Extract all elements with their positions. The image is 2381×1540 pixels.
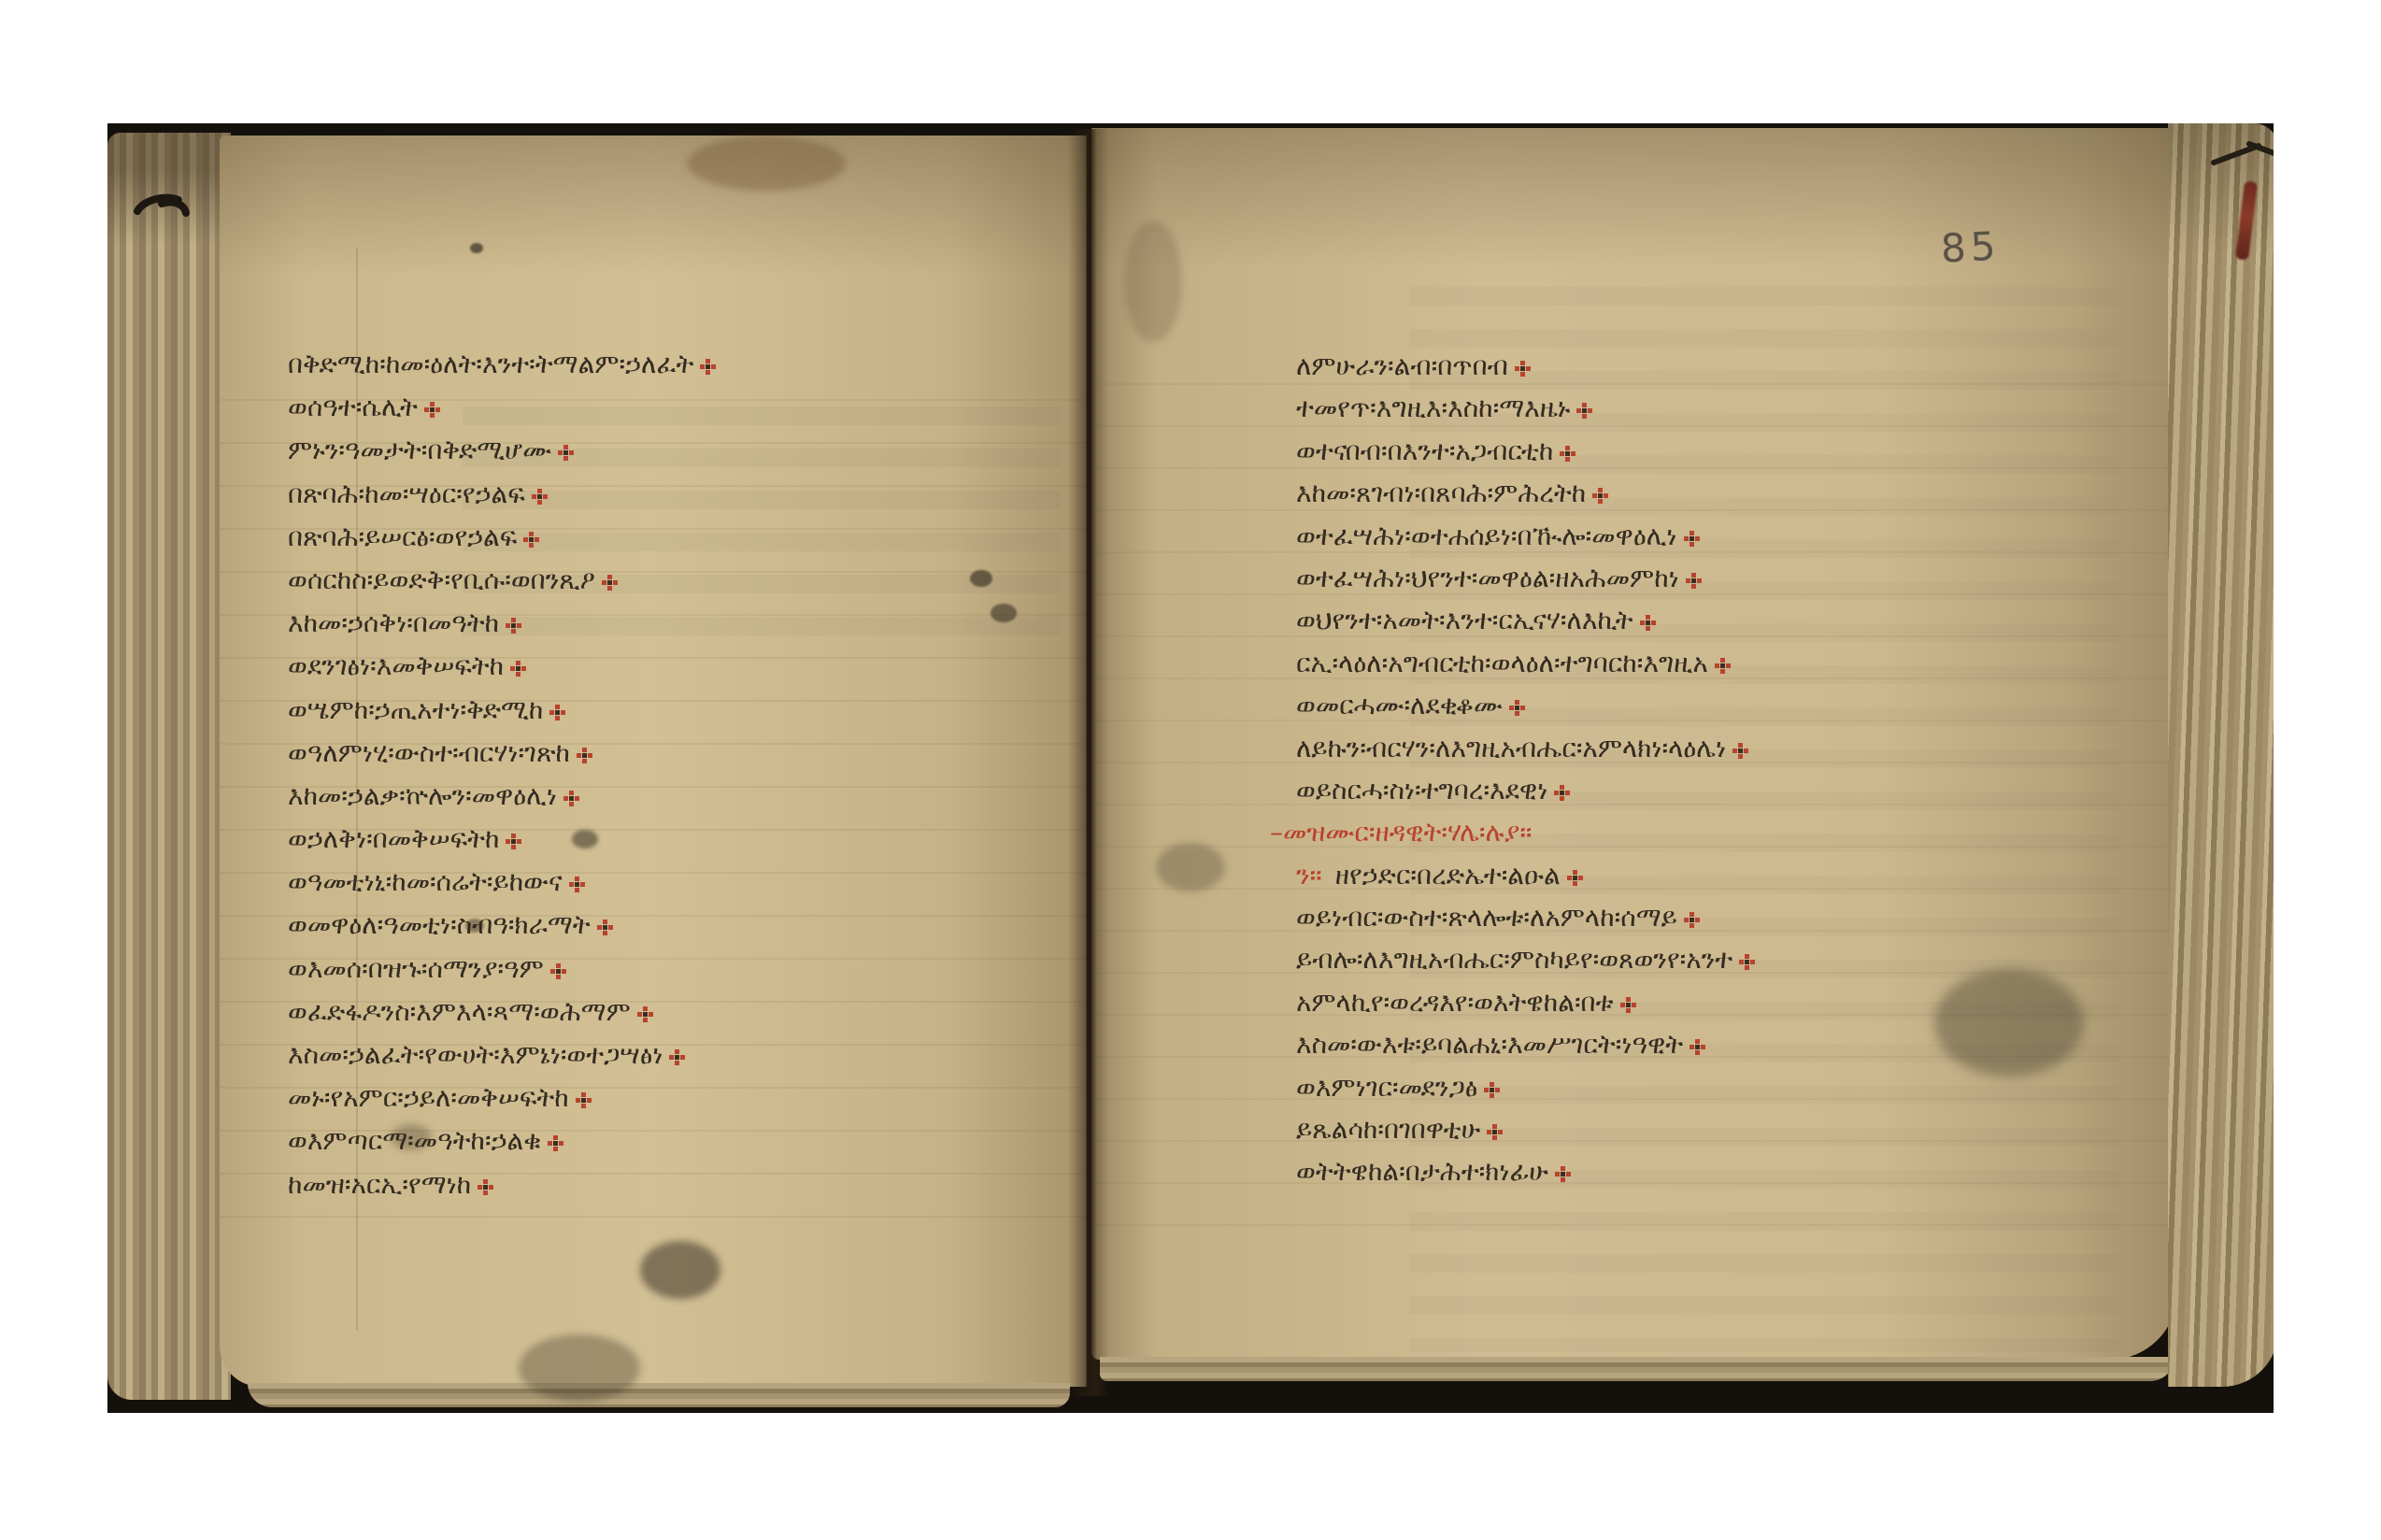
- left-leaf-edges: [107, 133, 231, 1400]
- eol-mark-icon: [669, 1049, 684, 1064]
- eol-mark-icon: [1576, 403, 1591, 418]
- eol-mark-icon: [1560, 446, 1575, 461]
- eol-mark-icon: [1554, 785, 1569, 800]
- eol-mark-icon: [1715, 658, 1730, 673]
- manuscript-text-line: ከመዝ፡አርኢ፡የማነከ: [288, 1172, 715, 1215]
- manuscript-text-line: ምኑን፡ዓመታት፡በቅድሚሆሙ: [288, 437, 715, 480]
- text-segment: ወህየንተ፡አመት፡እንተ፡ርኢናሃ፡ለእኪት: [1296, 605, 1633, 635]
- text-segment: ርኢ፡ላዕለ፡አግብርቲከ፡ወላዕለ፡ተግባርከ፡እግዚአ: [1296, 648, 1708, 678]
- manuscript-text-line: ወመዋዕለ፡ዓመቲነ፡ስብዓ፡ክራማት: [288, 912, 715, 955]
- eol-mark-icon: [1592, 488, 1607, 503]
- text-segment: ወተፈሣሕነ፡ህየንተ፡መዋዕል፡ዘአሕመምከነ: [1296, 563, 1679, 593]
- eol-mark-icon: [563, 791, 578, 806]
- under-page-edges-right: [1100, 1357, 2174, 1381]
- eol-mark-icon: [1567, 870, 1582, 885]
- manuscript-text-line: ለምሁራን፡ልብ፡በጥበብ: [1296, 353, 1754, 395]
- text-segment: ወይነብር፡ውስተ፡ጽላሎቱ፡ለአምላከ፡ሰማይ: [1296, 902, 1677, 933]
- text-segment: በቅድሚከ፡ከመ፡ዕለት፡እንተ፡ትማልም፡ኃለፈት: [288, 349, 693, 379]
- eol-mark-icon: [506, 834, 520, 848]
- page-number: 85: [1940, 222, 2002, 271]
- eol-mark-icon: [1684, 531, 1699, 546]
- text-segment: ወተናበብ፡በእንተ፡አጋብርቲከ: [1296, 435, 1553, 466]
- manuscript-text-line: ወደንገፅነ፡እመቅሠፍትከ: [288, 653, 715, 696]
- text-segment: ወይስርሓ፡ስነ፡ተግባረ፡እደዊነ: [1296, 775, 1547, 806]
- text-segment: እስመ፡ውእቱ፡ይባልሐኒ፡እመሥገርት፡ነዓዊት: [1296, 1029, 1683, 1060]
- manuscript-text-line: ለይኩን፡ብርሃን፡ለእግዚአብሔር፡አምላክነ፡ላዕሌነ: [1296, 735, 1754, 777]
- manuscript-text-line: ን። ዘየኃድር፡በረድኤተ፡ልዑል: [1296, 863, 1754, 905]
- manuscript-text-line: ወእምጣርማ፡መዓትከ፡ኃልቁ: [288, 1128, 715, 1171]
- eol-mark-icon: [1640, 615, 1655, 630]
- text-segment: ወዓመቲነኒ፡ከመ፡ሰሬት፡ይከውና: [288, 866, 563, 897]
- eol-mark-icon: [510, 661, 525, 676]
- eol-mark-icon: [1686, 573, 1701, 588]
- eol-mark-icon: [532, 489, 547, 504]
- manuscript-text-line: ወተፈሣሕነ፡ህየንተ፡መዋዕል፡ዘአሕመምከነ: [1296, 565, 1754, 607]
- manuscript-text-line: ወዓመቲነኒ፡ከመ፡ሰሬት፡ይከውና: [288, 869, 715, 912]
- under-page-edges-left: [248, 1383, 1070, 1407]
- manuscript-text-line: እከመ፡ኃሰቅነ፡በመዓትከ: [288, 610, 715, 653]
- text-segment: ይብሎ፡ለእግዚአብሔር፡ምስካይየ፡ወጸወንየ፡አንተ: [1296, 944, 1732, 975]
- book-gutter: [1068, 129, 1109, 1396]
- text-segment: ወተፈሣሕነ፡ወተሐሰይነ፡በዂሎ፡መዋዕሊነ: [1296, 520, 1677, 551]
- text-segment: ወዓለምነሂ፡ውስተ፡ብርሃነ፡ገጽከ: [288, 737, 570, 768]
- eol-mark-icon: [424, 402, 439, 417]
- manuscript-text-line: ወሰርከስ፡ይወድቅ፡የቢሱ፡ወበንጺዖ: [288, 567, 715, 610]
- eol-mark-icon: [1487, 1124, 1502, 1139]
- manuscript-text-line: –መዝሙር፡ዘዳዊት፡ሃሌ፡ሉያ።: [1270, 820, 1754, 862]
- manuscript-text-line: እከመ፡ኃልቃ፡ኵሎን፡መዋዕሊነ: [288, 783, 715, 826]
- eol-mark-icon: [1555, 1166, 1570, 1181]
- text-segment: ተመየጥ፡እግዚእ፡እስከ፡ማእዜኑ: [1296, 392, 1570, 423]
- text-segment: መኑ፡የአምር፡ኃይለ፡መቅሠፍትከ: [288, 1082, 569, 1113]
- text-segment: ዘየኃድር፡በረድኤተ፡ልዑል: [1335, 860, 1561, 891]
- stain: [1156, 843, 1225, 891]
- manuscript-text-line: ወይስርሓ፡ስነ፡ተግባረ፡እደዊነ: [1296, 777, 1754, 820]
- manuscript-text-line: ወሤምከ፡ኃጢአተነ፡ቅድሚከ: [288, 697, 715, 740]
- eol-mark-icon: [1509, 700, 1524, 715]
- eol-mark-icon: [548, 1135, 563, 1150]
- right-leaf-edges: [2168, 123, 2274, 1387]
- eol-mark-icon: [550, 963, 565, 978]
- manuscript-text-line: መኑ፡የአምር፡ኃይለ፡መቅሠፍትከ: [288, 1085, 715, 1128]
- page-top-shade: [1091, 128, 2177, 268]
- manuscript-text-line: ወተናበብ፡በእንተ፡አጋብርቲከ: [1296, 438, 1754, 480]
- manuscript-text-line: ወፈድፋዶንስ፡እምእላ፡ጻማ፡ወሕማም: [288, 999, 715, 1042]
- text-segment: ወእምነገር፡መደንጋፅ: [1296, 1072, 1477, 1103]
- page-top-shade: [220, 135, 1087, 276]
- ink-mark-icon: [124, 176, 208, 232]
- manuscript-text-line: ወተፈሣሕነ፡ወተሐሰይነ፡በዂሎ፡መዋዕሊነ: [1296, 523, 1754, 565]
- eol-mark-icon: [700, 359, 715, 374]
- eol-mark-icon: [1684, 912, 1699, 927]
- text-segment: ን።: [1296, 860, 1335, 891]
- stain: [465, 919, 484, 933]
- manuscript-text-line: ወህየንተ፡አመት፡እንተ፡ርኢናሃ፡ለእኪት: [1296, 607, 1754, 649]
- manuscript-text-line: እስመ፡ውእቱ፡ይባልሐኒ፡እመሥገርት፡ነዓዊት: [1296, 1032, 1754, 1074]
- text-segment: እስመ፡ኃልፈት፡የውሀት፡እምኔነ፡ወተጋሣፅነ: [288, 1039, 663, 1070]
- text-segment: ወፈድፋዶንስ፡እምእላ፡ጻማ፡ወሕማም: [288, 996, 631, 1027]
- stain: [970, 570, 992, 587]
- text-segment: ይጼልሳከ፡በገበዋቲሁ: [1296, 1114, 1480, 1145]
- eol-mark-icon: [637, 1006, 652, 1021]
- eol-mark-icon: [1739, 954, 1754, 969]
- text-segment: ለምሁራን፡ልብ፡በጥበብ: [1296, 350, 1508, 381]
- manuscript-text-line: ወኃለቅነ፡በመቅሠፍትከ: [288, 826, 715, 869]
- manuscript-text-line: ወሰዓተ፡ሴሊት: [288, 394, 715, 437]
- eol-mark-icon: [1515, 361, 1530, 376]
- text-segment: ወኃለቅነ፡በመቅሠፍትከ: [288, 823, 499, 854]
- text-segment: ወሰዓተ፡ሴሊት: [288, 392, 418, 422]
- stain: [519, 1334, 640, 1402]
- text-segment: እከመ፡ኃሰቅነ፡በመዓትከ: [288, 607, 499, 638]
- eol-mark-icon: [602, 575, 617, 590]
- text-segment: ወደንገፅነ፡እመቅሠፍትከ: [288, 650, 504, 681]
- stain: [991, 604, 1017, 622]
- manuscript-text-line: ወእመሰ፡በዝኁ፡ሰማንያ፡ዓም: [288, 956, 715, 999]
- eol-mark-icon: [597, 920, 612, 934]
- manuscript-text-line: ርኢ፡ላዕለ፡አግብርቲከ፡ወላዕለ፡ተግባርከ፡እግዚአ: [1296, 650, 1754, 692]
- manuscript-text-line: ወትትዌከል፡በታሕተ፡ክነፊሁ: [1296, 1159, 1754, 1201]
- manuscript-text-line: ወመርሓሙ፡ለደቂቆሙ: [1296, 692, 1754, 734]
- eol-mark-icon: [1620, 997, 1635, 1012]
- manuscript-text-line: በጽባሕ፡ይሠርፅ፡ወየኃልፍ: [288, 524, 715, 567]
- manuscript-text-line: ወዓለምነሂ፡ውስተ፡ብርሃነ፡ገጽከ: [288, 740, 715, 783]
- manuscript-text-line: ይብሎ፡ለእግዚአብሔር፡ምስካይየ፡ወጸወንየ፡አንተ: [1296, 947, 1754, 989]
- text-segment: ወእመሰ፡በዝኁ፡ሰማንያ፡ዓም: [288, 953, 544, 984]
- stain: [1124, 221, 1182, 342]
- text-segment: ወትትዌከል፡በታሕተ፡ክነፊሁ: [1296, 1156, 1548, 1187]
- manuscript-text-line: በጽባሕ፡ከመ፡ሣዕር፡የኃልፍ: [288, 481, 715, 524]
- stain: [470, 243, 483, 253]
- eol-mark-icon: [577, 748, 592, 763]
- manuscript-text-line: በቅድሚከ፡ከመ፡ዕለት፡እንተ፡ትማልም፡ኃለፈት: [288, 351, 715, 394]
- eol-mark-icon: [1732, 743, 1747, 758]
- text-segment: ወመዋዕለ፡ዓመቲነ፡ስብዓ፡ክራማት: [288, 909, 591, 940]
- eol-mark-icon: [506, 618, 520, 633]
- text-segment: ወመርሓሙ፡ለደቂቆሙ: [1296, 690, 1503, 720]
- eol-mark-icon: [569, 877, 584, 891]
- eol-mark-icon: [1690, 1039, 1704, 1054]
- manuscript-text-line: አምላኪየ፡ወረዳእየ፡ወእትዌከል፡በቱ: [1296, 990, 1754, 1032]
- text-segment: አምላኪየ፡ወረዳእየ፡ወእትዌከል፡በቱ: [1296, 987, 1614, 1018]
- manuscript-text-line: ይጼልሳከ፡በገበዋቲሁ: [1296, 1117, 1754, 1159]
- manuscript-text-line: እከመ፡ጸገብነ፡በጸባሕ፡ምሕረትከ: [1296, 480, 1754, 522]
- right-page-text: ለምሁራን፡ልብ፡በጥበብተመየጥ፡እግዚእ፡እስከ፡ማእዜኑወተናበብ፡በእን…: [1296, 353, 1754, 1202]
- manuscript-text-line: ተመየጥ፡እግዚእ፡እስከ፡ማእዜኑ: [1296, 395, 1754, 437]
- manuscript-photo: በቅድሚከ፡ከመ፡ዕለት፡እንተ፡ትማልም፡ኃለፈትወሰዓተ፡ሴሊትምኑን፡ዓመ…: [107, 123, 2274, 1413]
- stain: [687, 136, 846, 191]
- stain: [391, 1124, 432, 1150]
- eol-mark-icon: [523, 532, 538, 547]
- text-segment: እከመ፡ጸገብነ፡በጸባሕ፡ምሕረትከ: [1296, 478, 1586, 508]
- eol-mark-icon: [1484, 1082, 1499, 1097]
- text-segment: –መዝሙር፡ዘዳዊት፡ሃሌ፡ሉያ።: [1270, 817, 1533, 848]
- manuscript-text-line: እስመ፡ኃልፈት፡የውሀት፡እምኔነ፡ወተጋሣፅነ: [288, 1042, 715, 1085]
- text-segment: ምኑን፡ዓመታት፡በቅድሚሆሙ: [288, 435, 551, 465]
- eol-mark-icon: [576, 1092, 591, 1107]
- text-segment: እከመ፡ኃልቃ፡ኵሎን፡መዋዕሊነ: [288, 780, 557, 811]
- binding-threads-icon: [2208, 131, 2274, 178]
- text-segment: ወሰርከስ፡ይወድቅ፡የቢሱ፡ወበንጺዖ: [288, 564, 595, 595]
- stain: [572, 830, 598, 848]
- manuscript-text-line: ወእምነገር፡መደንጋፅ: [1296, 1075, 1754, 1117]
- text-segment: በጽባሕ፡ይሠርፅ፡ወየኃልፍ: [288, 521, 517, 552]
- text-segment: ከመዝ፡አርኢ፡የማነከ: [288, 1169, 471, 1200]
- stain: [1934, 969, 2084, 1077]
- eol-mark-icon: [549, 705, 564, 720]
- text-segment: ወሤምከ፡ኃጢአተነ፡ቅድሚከ: [288, 694, 543, 725]
- manuscript-text-line: ወይነብር፡ውስተ፡ጽላሎቱ፡ለአምላከ፡ሰማይ: [1296, 905, 1754, 947]
- eol-mark-icon: [558, 445, 573, 460]
- text-segment: ለይኩን፡ብርሃን፡ለእግዚአብሔር፡አምላክነ፡ላዕሌነ: [1296, 733, 1726, 763]
- left-page-text: በቅድሚከ፡ከመ፡ዕለት፡እንተ፡ትማልም፡ኃለፈትወሰዓተ፡ሴሊትምኑን፡ዓመ…: [288, 351, 715, 1215]
- stain: [640, 1241, 720, 1299]
- text-segment: በጽባሕ፡ከመ፡ሣዕር፡የኃልፍ: [288, 478, 525, 509]
- eol-mark-icon: [478, 1179, 492, 1194]
